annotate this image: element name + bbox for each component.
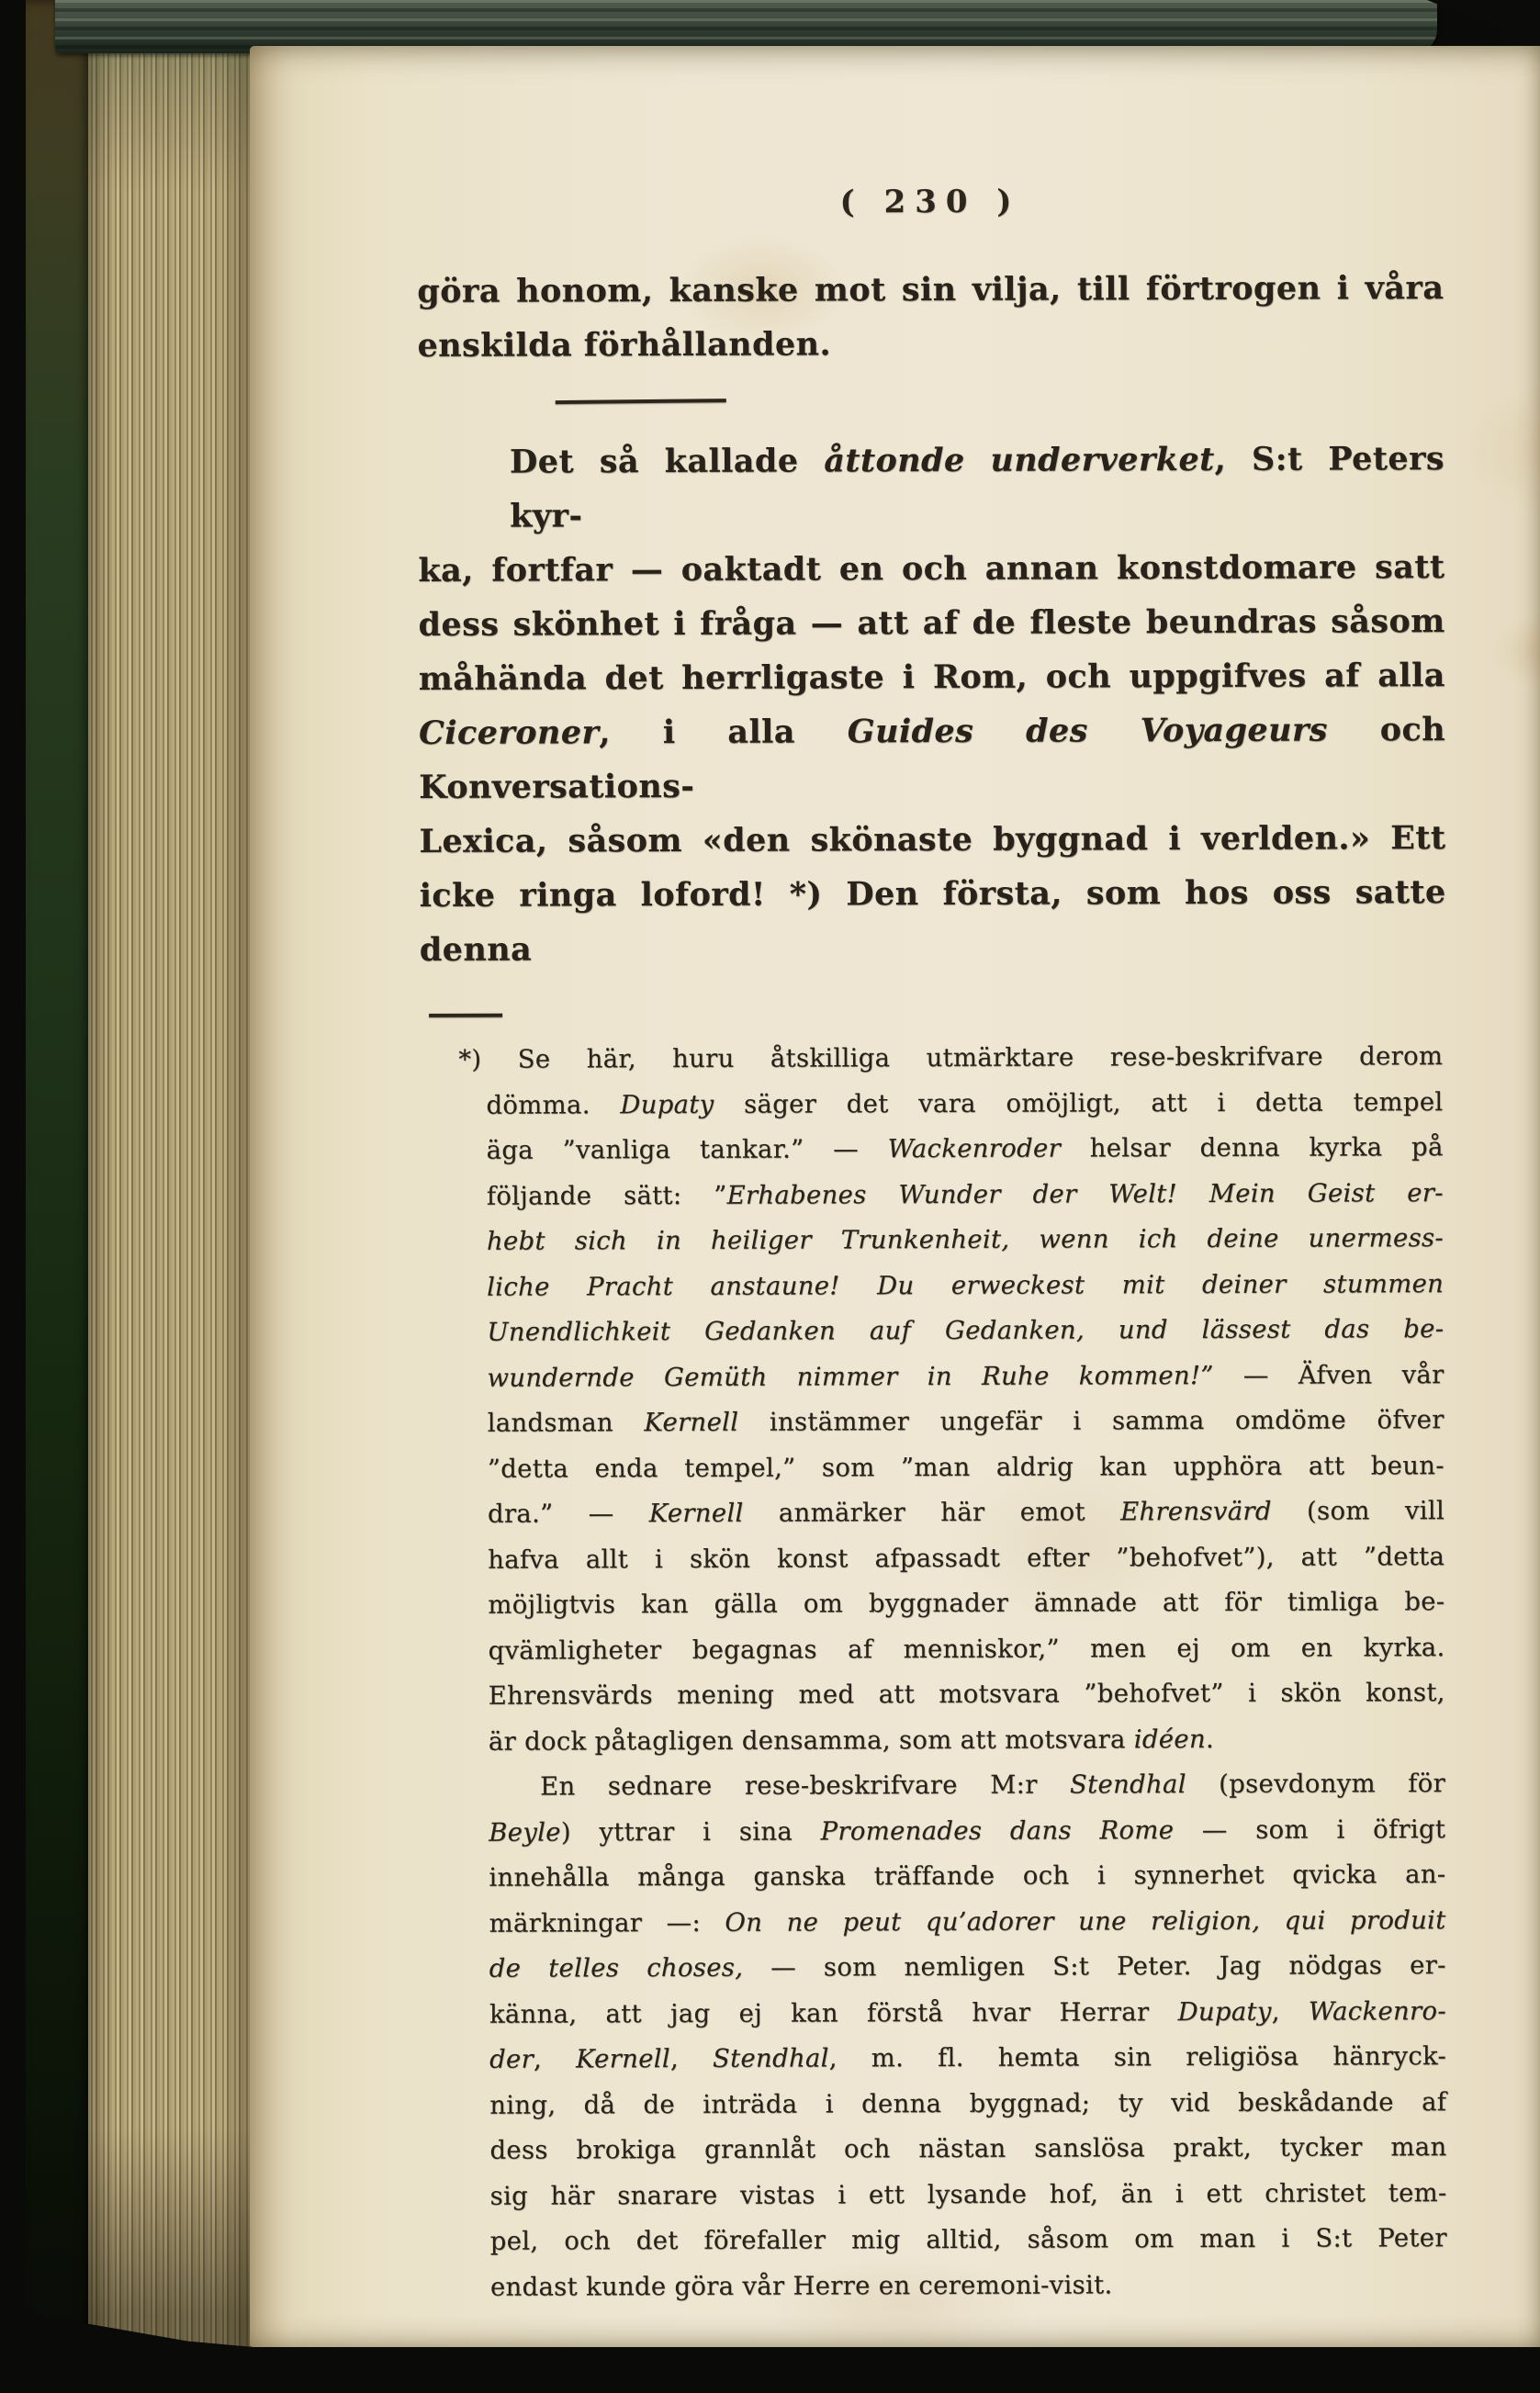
text-segment: En sednare rese-beskrifvare M:r <box>540 1769 1070 1801</box>
text-line: ka, fortfar — oaktadt en och annan konst… <box>418 540 1444 598</box>
body-paragraph-1: göra honom, kanske mot sin vilja, till f… <box>417 261 1444 373</box>
text-segment: säger det vara omöjligt, att i detta tem… <box>714 1087 1443 1119</box>
text-segment: ning, då de inträda i denna byggnad; ty … <box>489 2087 1446 2120</box>
text-line: Beyle) yttrar i sina Promenades dans Rom… <box>461 1807 1445 1856</box>
text-segment: On ne peut qu’adorer une religion, qui p… <box>725 1905 1445 1938</box>
text-segment: dess skönhet i fråga — att af de fleste … <box>419 602 1445 644</box>
text-line: ”detta enda tempel,” som ”man aldrig kan… <box>460 1444 1444 1492</box>
text-segment: Stendhal <box>713 2043 829 2073</box>
text-line: icke ringa loford! *) Den första, som ho… <box>420 865 1446 977</box>
text-segment: ka, fortfar — oaktadt en och annan konst… <box>418 548 1444 590</box>
text-line: de telles choses, — som nemligen S:t Pet… <box>462 1943 1446 1992</box>
text-segment: pel, och det förefaller mig alltid, såso… <box>490 2223 1447 2256</box>
text-segment: , i alla <box>599 713 848 751</box>
text-segment: (som vill <box>1272 1496 1444 1526</box>
text-segment: Kernell <box>649 1499 744 1528</box>
text-line: dra.” — Kernell anmärker här emot Ehrens… <box>460 1489 1444 1537</box>
text-line: äga ”vanliga tankar.” — Wackenroder hels… <box>459 1125 1444 1174</box>
page-content: ( 230 ) göra honom, kanske mot sin vilja… <box>417 182 1451 2310</box>
text-segment: *) Se här, huru åtskilliga utmärktare re… <box>458 1041 1443 1074</box>
text-line: hafva allt i skön konst afpassadt efter … <box>460 1534 1444 1583</box>
text-line: måhända det herrligaste i Rom, och uppgi… <box>419 648 1445 706</box>
text-segment: Ehrensvärds mening med att motsvara ”beh… <box>489 1678 1445 1711</box>
footnote-text: *) Se här, huru åtskilliga utmärktare re… <box>458 1034 1447 2310</box>
text-line: enskilda förhållanden. <box>417 315 1444 373</box>
text-segment: — Äfven vår <box>1214 1360 1444 1390</box>
text-segment: ”detta enda tempel,” som ”man aldrig kan… <box>488 1451 1444 1484</box>
text-line: Lexica, såsom «den skönaste byggnad i ve… <box>419 811 1445 869</box>
text-segment: Beyle <box>489 1817 561 1847</box>
text-segment: , <box>534 2044 576 2073</box>
text-segment: Guides des Voyageurs <box>848 711 1328 750</box>
text-line: Unendlichkeit Gedanken auf Gedanken, und… <box>459 1307 1444 1355</box>
text-segment: följande sätt: ” <box>487 1180 727 1210</box>
text-line: liche Pracht anstaune! Du erweckest mit … <box>459 1262 1444 1310</box>
text-segment: åttonde underverket <box>824 441 1214 479</box>
text-segment: liche Pracht anstaune! Du erweckest mit … <box>487 1269 1444 1302</box>
text-line: sig här snarare vistas i ett lysande hof… <box>463 2171 1447 2219</box>
text-segment: Wackenroder <box>888 1134 1061 1164</box>
text-segment: dess brokiga grannlåt och nästan sanslös… <box>489 2132 1446 2165</box>
text-line: Ciceroner, i alla Guides des Voyageurs o… <box>419 702 1445 815</box>
text-line: följande sätt: ”Erhabenes Wunder der Wel… <box>459 1171 1444 1219</box>
text-segment: Dupaty <box>1177 1996 1271 2026</box>
text-segment: anmärker här emot <box>744 1497 1121 1527</box>
text-segment: , <box>670 2044 713 2073</box>
text-line: innehålla många ganska träffande och i s… <box>461 1852 1445 1901</box>
text-segment: Stendhal <box>1070 1769 1186 1799</box>
text-line: *) Se här, huru åtskilliga utmärktare re… <box>458 1034 1443 1083</box>
text-segment: Kernell <box>576 2044 670 2073</box>
text-line: ning, då de inträda i denna byggnad; ty … <box>462 2080 1446 2129</box>
text-segment: de telles choses, <box>489 1953 744 1983</box>
text-segment: innehålla många ganska träffande och i s… <box>489 1859 1445 1893</box>
text-segment: märkningar —: <box>489 1907 725 1938</box>
text-segment: (psevdonym för <box>1186 1769 1445 1799</box>
text-line: göra honom, kanske mot sin vilja, till f… <box>417 261 1444 319</box>
text-segment: idéen <box>1134 1724 1206 1753</box>
text-segment: är dock påtagligen densamma, som att mot… <box>489 1725 1134 1756</box>
text-line: qvämligheter begagnas af menniskor,” men… <box>460 1625 1444 1674</box>
text-line: landsman Kernell instämmer ungefär i sam… <box>460 1398 1444 1446</box>
text-segment: möjligtvis kan gälla om byggnader ämnade… <box>488 1587 1444 1620</box>
footnote-rule <box>429 1014 502 1017</box>
text-segment: Erhabenes Wunder der Welt! Mein Geist er… <box>727 1178 1444 1210</box>
text-segment: ) yttrar i sina <box>561 1816 821 1847</box>
text-line: känna, att jag ej kan förstå hvar Herrar… <box>462 1989 1446 2038</box>
text-line: dess brokiga grannlåt och nästan sanslös… <box>462 2125 1446 2174</box>
text-segment: — som nemligen S:t Peter. Jag nödgas er- <box>743 1950 1446 1983</box>
text-segment: . <box>1206 1724 1214 1753</box>
text-segment: helsar denna kyrka på <box>1061 1132 1444 1163</box>
text-segment: sig här snarare vistas i ett lysande hof… <box>490 2178 1447 2211</box>
section-divider-rule <box>556 399 726 404</box>
text-segment: Lexica, såsom «den skönaste byggnad i ve… <box>419 819 1445 860</box>
text-segment: Kernell <box>644 1408 738 1437</box>
text-segment: dra.” — <box>488 1499 649 1529</box>
text-segment: qvämligheter begagnas af menniskor,” men… <box>488 1633 1444 1666</box>
background-band <box>0 2347 1540 2393</box>
book-scan: ( 230 ) göra honom, kanske mot sin vilja… <box>0 0 1540 2393</box>
text-segment: göra honom, kanske mot sin vilja, till f… <box>417 269 1444 310</box>
text-segment: hafva allt i skön konst afpassadt efter … <box>488 1542 1444 1575</box>
stain-decoration <box>1471 597 1540 707</box>
text-line: wundernde Gemüth nimmer in Ruhe kommen!”… <box>459 1353 1444 1401</box>
text-line: dess skönhet i fråga — att af de fleste … <box>419 594 1445 652</box>
page-fore-edge-stack <box>88 6 252 2364</box>
text-segment: der <box>489 2045 534 2074</box>
text-segment: hebt sich in heiliger Trunkenheit, wenn … <box>487 1223 1444 1256</box>
page-number: ( 230 ) <box>417 182 1444 222</box>
text-segment: Dupaty <box>620 1089 714 1118</box>
text-segment: dömma. <box>486 1090 620 1120</box>
text-segment: måhända det herrligaste i Rom, och uppgi… <box>419 657 1445 698</box>
text-line: der, Kernell, Stendhal, m. fl. hemta sin… <box>462 2034 1446 2083</box>
text-line: dömma. Dupaty säger det vara omöjligt, a… <box>458 1080 1443 1129</box>
text-line: endast kunde göra vår Herre en ceremoni-… <box>463 2262 1447 2310</box>
body-paragraph-2: Det så kallade åttonde underverket, S:t … <box>418 432 1446 977</box>
text-segment: Wackenro- <box>1309 1996 1446 2027</box>
text-line: möjligtvis kan gälla om byggnader ämnade… <box>460 1579 1444 1628</box>
text-line: pel, och det förefaller mig alltid, såso… <box>463 2216 1447 2264</box>
text-line: märkningar —: On ne peut qu’adorer une r… <box>461 1898 1445 1947</box>
text-segment: känna, att jag ej kan förstå hvar Herrar <box>489 1997 1178 2029</box>
text-segment: wundernde Gemüth nimmer in Ruhe kommen!” <box>487 1360 1213 1392</box>
footnote-block: *) Se här, huru åtskilliga utmärktare re… <box>458 1034 1447 2310</box>
text-segment: Ciceroner <box>419 713 599 752</box>
text-segment: , m. fl. hemta sin religiösa hänryck- <box>829 2041 1446 2073</box>
text-line: är dock påtagligen densamma, som att mot… <box>461 1716 1445 1765</box>
text-line: Ehrensvärds mening med att motsvara ”beh… <box>461 1670 1445 1719</box>
text-segment: Det så kallade <box>510 442 824 480</box>
text-segment: landsman <box>488 1408 645 1438</box>
text-segment: , <box>1272 1996 1309 2026</box>
text-segment: endast kunde göra vår Herre en ceremoni-… <box>490 2270 1113 2301</box>
text-line: hebt sich in heiliger Trunkenheit, wenn … <box>459 1216 1444 1264</box>
text-segment: Unendlichkeit Gedanken auf Gedanken, und… <box>487 1314 1444 1347</box>
text-line: Det så kallade åttonde underverket, S:t … <box>418 432 1444 544</box>
text-segment: äga ”vanliga tankar.” — <box>487 1134 888 1165</box>
text-segment: — som i öfrigt <box>1174 1814 1445 1845</box>
text-segment: enskilda förhållanden. <box>418 325 832 365</box>
text-segment: Ehrensvärd <box>1120 1497 1272 1527</box>
book-cover-spine <box>26 0 94 2393</box>
text-segment: instämmer ungefär i samma omdöme öfver <box>738 1405 1444 1437</box>
text-segment: icke ringa loford! *) Den första, som ho… <box>420 873 1446 969</box>
text-segment: Promenades dans Rome <box>821 1815 1175 1846</box>
text-line: En sednare rese-beskrifvare M:r Stendhal… <box>461 1761 1445 1810</box>
